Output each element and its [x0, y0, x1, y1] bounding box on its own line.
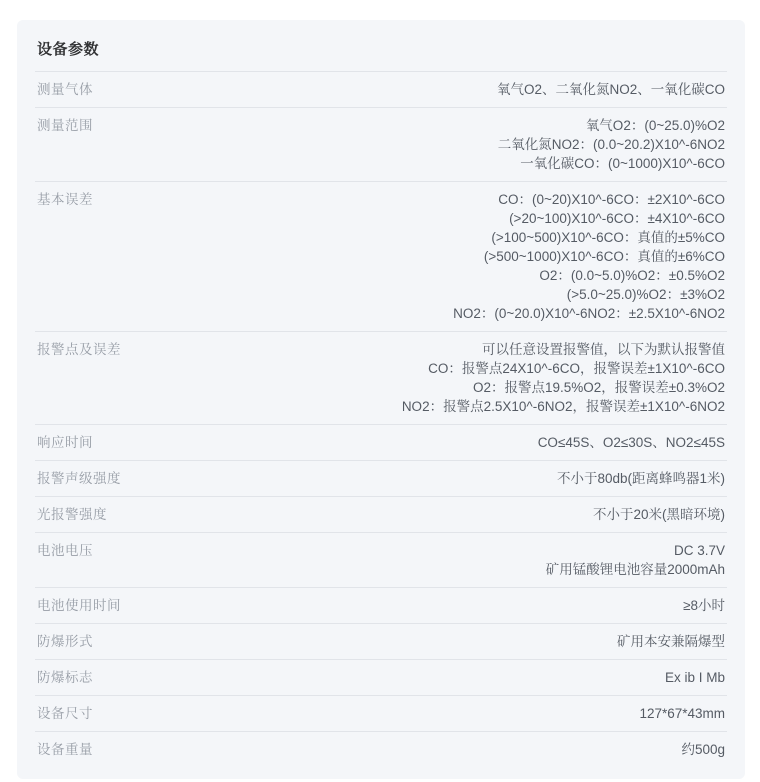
spec-values: ≥8小时 — [187, 596, 725, 615]
spec-values: 氧气O2、二氧化氮NO2、一氧化碳CO — [187, 80, 725, 99]
spec-value-line: 二氧化氮NO2：(0.0~20.2)X10^-6NO2 — [187, 135, 725, 154]
spec-value-line: CO≤45S、O2≤30S、NO2≤45S — [187, 433, 725, 452]
spec-label: 电池电压 — [37, 541, 187, 560]
spec-row: 电池使用时间≥8小时 — [35, 588, 727, 624]
spec-values: Ex ib I Mb — [187, 668, 725, 687]
spec-label: 防爆形式 — [37, 632, 187, 651]
spec-row: 基本误差CO：(0~20)X10^-6CO：±2X10^-6CO(>20~100… — [35, 182, 727, 332]
spec-values: 不小于20米(黑暗环境) — [187, 505, 725, 524]
spec-value-line: (>500~1000)X10^-6CO：真值的±6%CO — [187, 247, 725, 266]
spec-value-line: 127*67*43mm — [187, 704, 725, 723]
spec-row: 测量范围氧气O2：(0~25.0)%O2二氧化氮NO2：(0.0~20.2)X1… — [35, 108, 727, 182]
spec-row: 设备重量约500g — [35, 732, 727, 767]
spec-label: 报警点及误差 — [37, 340, 187, 359]
spec-value-line: (>100~500)X10^-6CO：真值的±5%CO — [187, 228, 725, 247]
spec-value-line: 不小于80db(距离蜂鸣器1米) — [187, 469, 725, 488]
spec-values: 不小于80db(距离蜂鸣器1米) — [187, 469, 725, 488]
spec-row: 设备尺寸127*67*43mm — [35, 696, 727, 732]
spec-label: 防爆标志 — [37, 668, 187, 687]
spec-value-line: 可以任意设置报警值，以下为默认报警值 — [187, 340, 725, 359]
spec-label: 光报警强度 — [37, 505, 187, 524]
spec-label: 测量气体 — [37, 80, 187, 99]
spec-value-line: ≥8小时 — [187, 596, 725, 615]
panel-title: 设备参数 — [35, 36, 727, 72]
spec-table: 测量气体氧气O2、二氧化氮NO2、一氧化碳CO测量范围氧气O2：(0~25.0)… — [35, 72, 727, 767]
spec-value-line: 一氧化碳CO：(0~1000)X10^-6CO — [187, 154, 725, 173]
spec-label: 报警声级强度 — [37, 469, 187, 488]
spec-label: 响应时间 — [37, 433, 187, 452]
spec-values: DC 3.7V矿用锰酸锂电池容量2000mAh — [187, 541, 725, 579]
spec-value-line: CO：(0~20)X10^-6CO：±2X10^-6CO — [187, 190, 725, 209]
spec-value-line: Ex ib I Mb — [187, 668, 725, 687]
spec-value-line: 氧气O2：(0~25.0)%O2 — [187, 116, 725, 135]
spec-label: 设备重量 — [37, 740, 187, 759]
spec-value-line: 矿用本安兼隔爆型 — [187, 632, 725, 651]
spec-row: 报警声级强度不小于80db(距离蜂鸣器1米) — [35, 461, 727, 497]
spec-values: 矿用本安兼隔爆型 — [187, 632, 725, 651]
spec-values: 约500g — [187, 740, 725, 759]
spec-row: 报警点及误差可以任意设置报警值，以下为默认报警值CO：报警点24X10^-6CO… — [35, 332, 727, 425]
spec-row: 防爆形式矿用本安兼隔爆型 — [35, 624, 727, 660]
spec-label: 测量范围 — [37, 116, 187, 135]
spec-value-line: NO2：报警点2.5X10^-6NO2，报警误差±1X10^-6NO2 — [187, 397, 725, 416]
spec-values: CO≤45S、O2≤30S、NO2≤45S — [187, 433, 725, 452]
spec-value-line: 矿用锰酸锂电池容量2000mAh — [187, 560, 725, 579]
spec-value-line: (>5.0~25.0)%O2：±3%O2 — [187, 285, 725, 304]
spec-label: 基本误差 — [37, 190, 187, 209]
device-params-card: 设备参数 测量气体氧气O2、二氧化氮NO2、一氧化碳CO测量范围氧气O2：(0~… — [17, 20, 745, 779]
spec-value-line: (>20~100)X10^-6CO：±4X10^-6CO — [187, 209, 725, 228]
spec-value-line: O2：报警点19.5%O2，报警误差±0.3%O2 — [187, 378, 725, 397]
spec-value-line: DC 3.7V — [187, 541, 725, 560]
spec-label: 电池使用时间 — [37, 596, 187, 615]
spec-label: 设备尺寸 — [37, 704, 187, 723]
spec-value-line: 约500g — [187, 740, 725, 759]
spec-value-line: 不小于20米(黑暗环境) — [187, 505, 725, 524]
spec-values: 127*67*43mm — [187, 704, 725, 723]
spec-values: 可以任意设置报警值，以下为默认报警值CO：报警点24X10^-6CO，报警误差±… — [187, 340, 725, 416]
spec-value-line: O2：(0.0~5.0)%O2：±0.5%O2 — [187, 266, 725, 285]
spec-values: 氧气O2：(0~25.0)%O2二氧化氮NO2：(0.0~20.2)X10^-6… — [187, 116, 725, 173]
spec-row: 电池电压DC 3.7V矿用锰酸锂电池容量2000mAh — [35, 533, 727, 588]
spec-row: 响应时间CO≤45S、O2≤30S、NO2≤45S — [35, 425, 727, 461]
spec-row: 防爆标志Ex ib I Mb — [35, 660, 727, 696]
spec-value-line: CO：报警点24X10^-6CO，报警误差±1X10^-6CO — [187, 359, 725, 378]
spec-value-line: 氧气O2、二氧化氮NO2、一氧化碳CO — [187, 80, 725, 99]
spec-value-line: NO2：(0~20.0)X10^-6NO2：±2.5X10^-6NO2 — [187, 304, 725, 323]
spec-row: 测量气体氧气O2、二氧化氮NO2、一氧化碳CO — [35, 72, 727, 108]
spec-row: 光报警强度不小于20米(黑暗环境) — [35, 497, 727, 533]
spec-values: CO：(0~20)X10^-6CO：±2X10^-6CO(>20~100)X10… — [187, 190, 725, 323]
